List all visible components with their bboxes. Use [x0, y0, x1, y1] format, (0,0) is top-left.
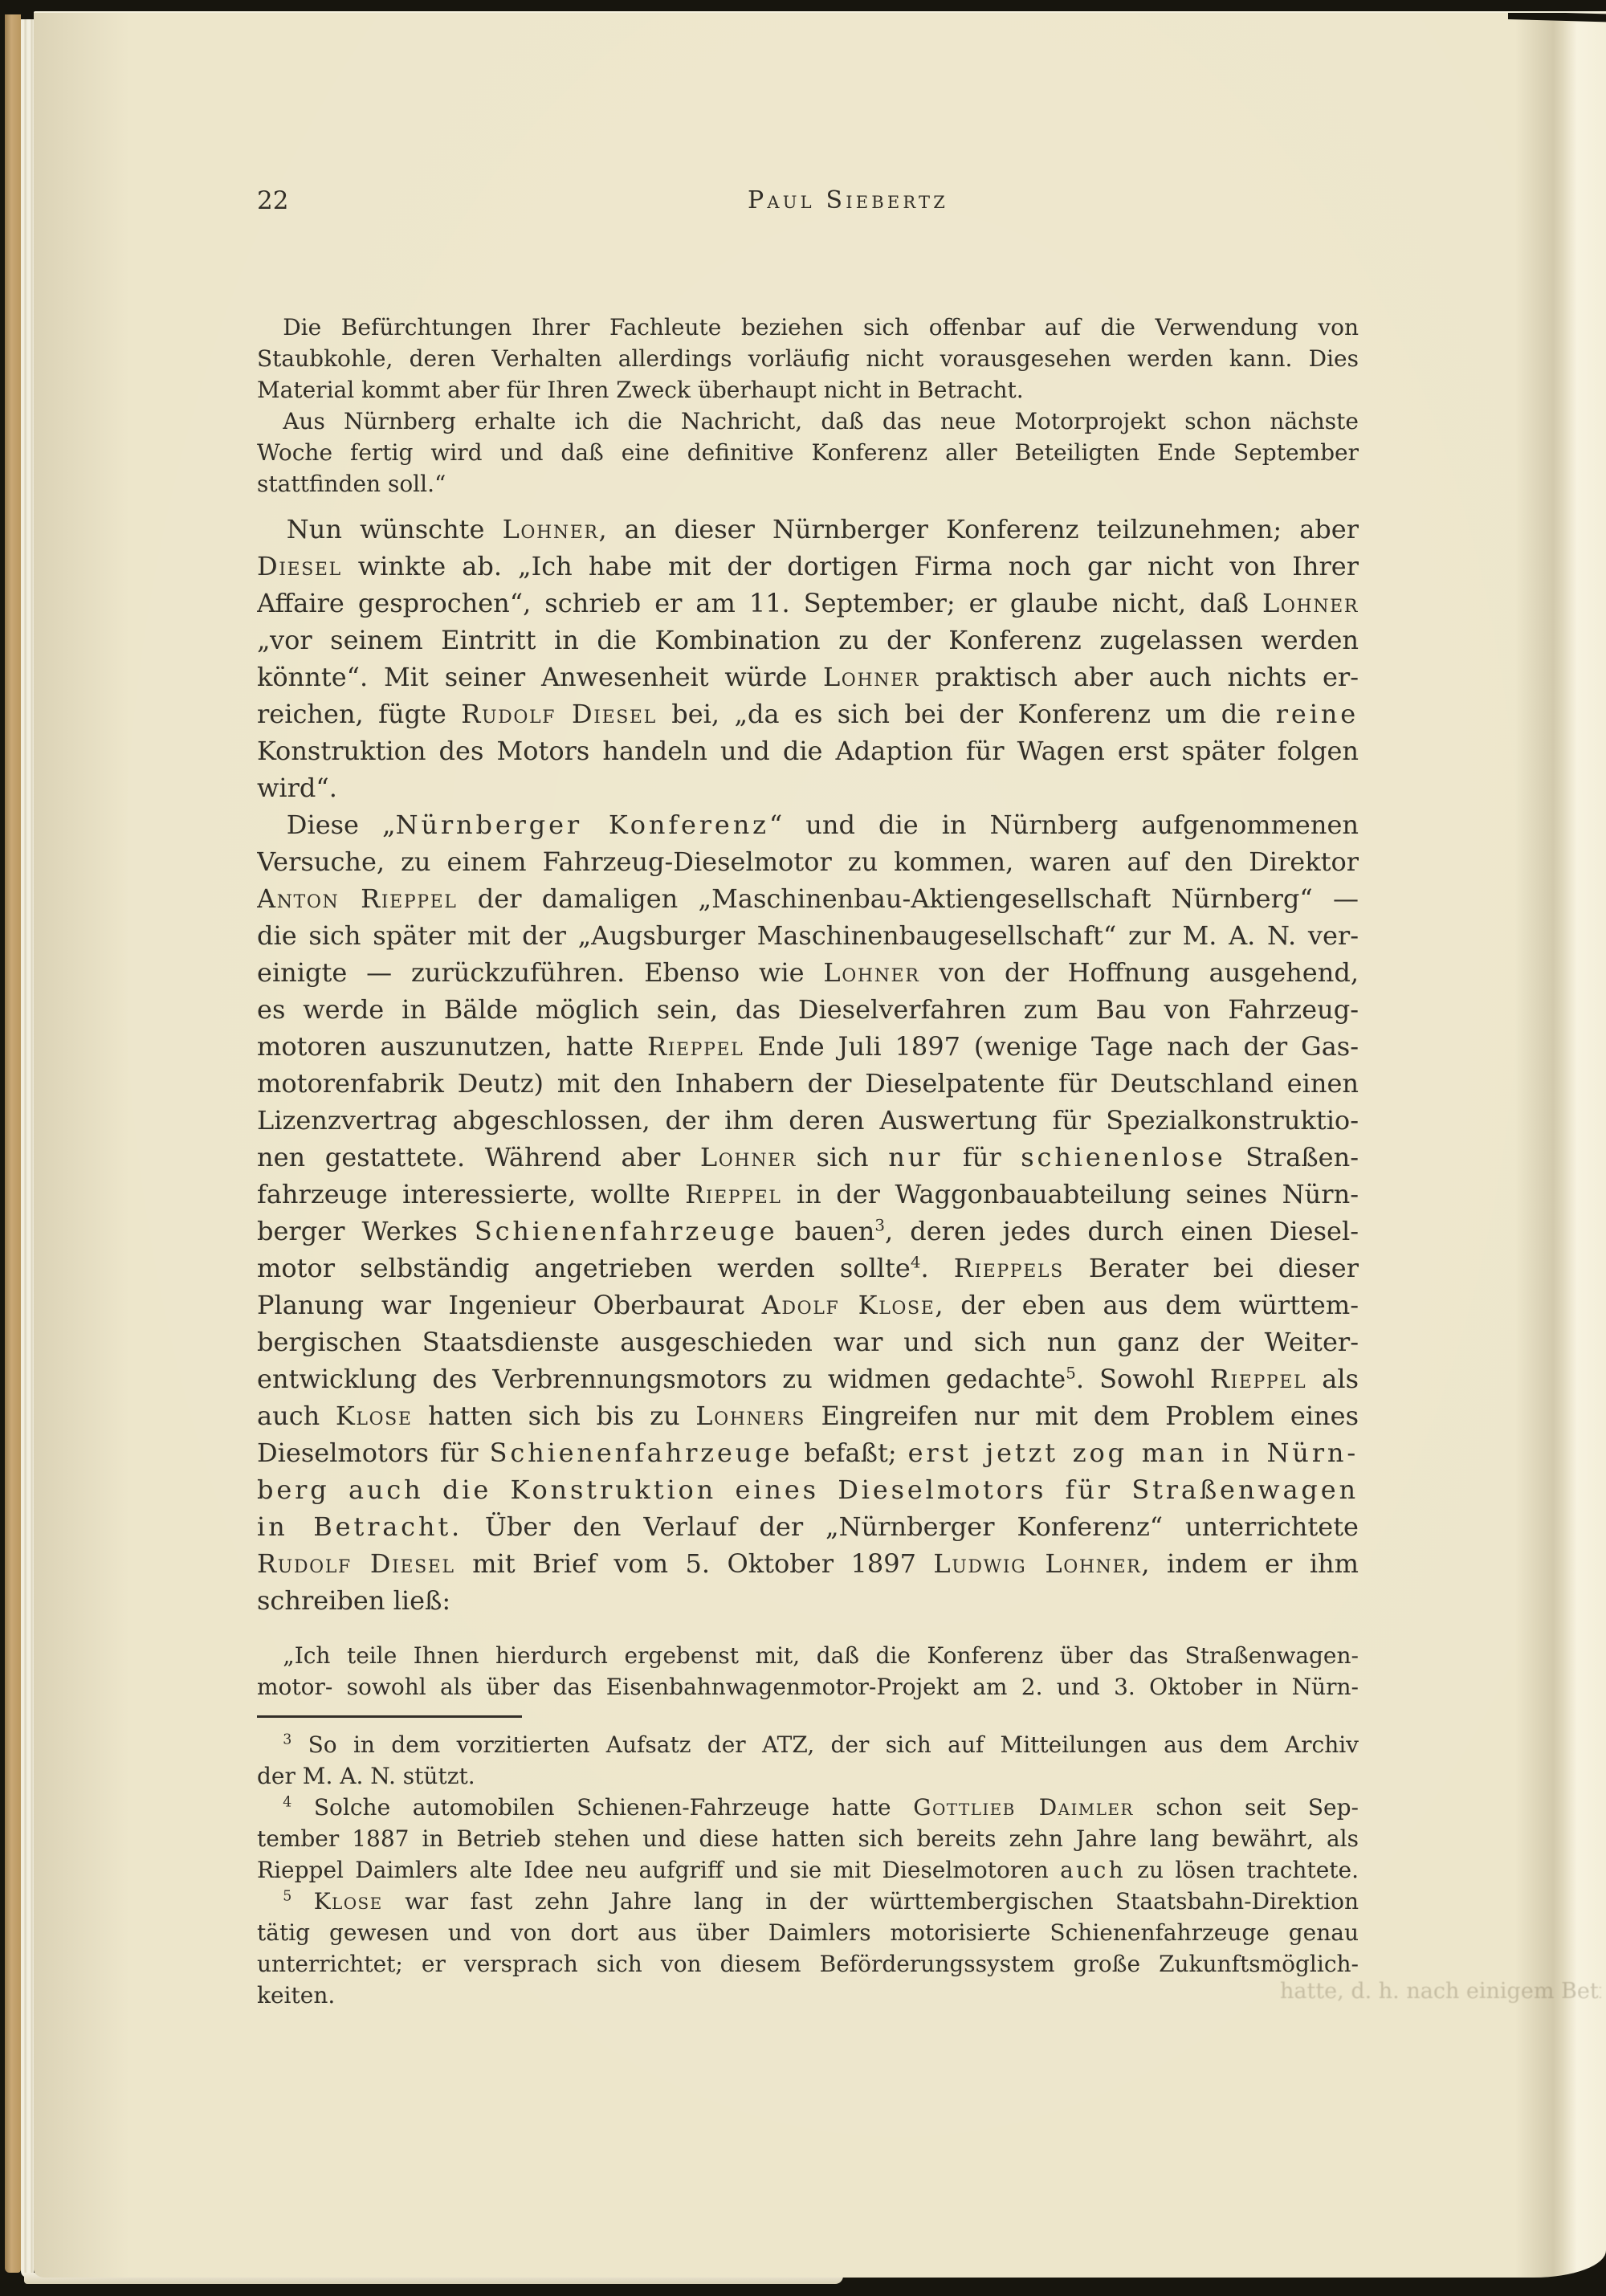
text-line: Aus Nürnberg erhalte ich die Nachricht, … [257, 406, 1359, 437]
text-line: Planung war Ingenieur Oberbaurat Adolf K… [257, 1287, 1359, 1323]
text-line: es werde in Bälde möglich sein, das Dies… [257, 991, 1359, 1028]
text-line: schreiben ließ: [257, 1582, 1359, 1619]
text-line: Staubkohle, deren Verhalten allerdings v… [257, 343, 1359, 374]
text-line: Anton Rieppel der damaligen „Maschinenba… [257, 880, 1359, 917]
text-line: fahrzeuge interessierte, wollte Rieppel … [257, 1176, 1359, 1213]
text-line: keiten. [257, 1980, 1359, 2011]
text-line: 5 Klose war fast zehn Jahre lang in der … [257, 1886, 1359, 1917]
text-line: Material kommt aber für Ihren Zweck über… [257, 374, 1359, 406]
text-line: tätig gewesen und von dort aus über Daim… [257, 1917, 1359, 1948]
text-line: Diesel winkte ab. „Ich habe mit der dort… [257, 548, 1359, 585]
text-line: einigte — zurückzuführen. Ebenso wie Loh… [257, 954, 1359, 991]
book-page: 22 Paul Siebertz Die Befürchtungen Ihrer… [34, 11, 1606, 2278]
text-line: nen gestattete. Während aber Lohner sich… [257, 1139, 1359, 1176]
book-cover-edge [5, 14, 21, 2273]
text-line: Rudolf Diesel mit Brief vom 5. Oktober 1… [257, 1545, 1359, 1582]
text-line: 4 Solche automobilen Schienen-Fahrzeuge … [257, 1792, 1359, 1823]
paragraph-lohner-diesel: Nun wünschte Lohner, an dieser Nürnberge… [257, 511, 1359, 806]
text-line: tember 1887 in Betrieb stehen und diese … [257, 1823, 1359, 1854]
page-stack-left-edge [21, 19, 34, 2278]
running-head: Paul Siebertz [297, 186, 1399, 214]
block-quote-continued: Die Befürchtungen Ihrer Fachleute bezieh… [257, 312, 1359, 500]
text-line: berger Werkes Schienenfahrzeuge bauen3, … [257, 1213, 1359, 1250]
text-line: reichen, fügte Rudolf Diesel bei, „da es… [257, 695, 1359, 732]
text-line: Lizenzvertrag abgeschlossen, der ihm der… [257, 1102, 1359, 1139]
text-line: „vor seinem Eintritt in die Kombination … [257, 622, 1359, 659]
paragraph-nuernberger-konferenz: Diese „Nürnberger Konferenz“ und die in … [257, 806, 1359, 1619]
footnote-separator [257, 1715, 522, 1718]
text-line: motoren auszunutzen, hatte Rieppel Ende … [257, 1028, 1359, 1065]
text-line: entwicklung des Verbrennungsmotors zu wi… [257, 1360, 1359, 1397]
text-line: könnte“. Mit seiner Anwesenheit würde Lo… [257, 659, 1359, 695]
text-line: Versuche, zu einem Fahrzeug-Dieselmotor … [257, 843, 1359, 880]
gutter-shadow [34, 13, 130, 2278]
footnotes: 3 So in dem vorzitierten Aufsatz der ATZ… [257, 1729, 1359, 2011]
text-line: 3 So in dem vorzitierten Aufsatz der ATZ… [257, 1729, 1359, 1760]
text-line: auch Klose hatten sich bis zu Lohners Ei… [257, 1397, 1359, 1434]
text-line: „Ich teile Ihnen hierdurch ergebenst mit… [257, 1640, 1359, 1671]
text-line: Woche fertig wird und daß eine definitiv… [257, 437, 1359, 468]
text-line: Dieselmotors für Schienenfahrzeuge befaß… [257, 1434, 1359, 1471]
text-line: motorenfabrik Deutz) mit den Inhabern de… [257, 1065, 1359, 1102]
text-line: Nun wünschte Lohner, an dieser Nürnberge… [257, 511, 1359, 548]
text-line: motor selbständig angetrieben werden sol… [257, 1250, 1359, 1287]
text-line: der M. A. N. stützt. [257, 1760, 1359, 1792]
text-line: stattfinden soll.“ [257, 468, 1359, 500]
text-line: die sich später mit der „Augsburger Masc… [257, 917, 1359, 954]
text-line: Affaire gesprochen“, schrieb er am 11. S… [257, 585, 1359, 622]
text-line: motor- sowohl als über das Eisenbahnwage… [257, 1671, 1359, 1703]
block-quote-letter: „Ich teile Ihnen hierdurch ergebenst mit… [257, 1640, 1359, 1703]
text-line: Rieppel Daimlers alte Idee neu aufgriff … [257, 1854, 1359, 1886]
page-header: 22 Paul Siebertz [257, 186, 1359, 222]
text-line: Konstruktion des Motors handeln und die … [257, 732, 1359, 769]
text-line: in Betracht. Über den Verlauf der „Nürnb… [257, 1508, 1359, 1545]
text-line: Die Befürchtungen Ihrer Fachleute bezieh… [257, 312, 1359, 343]
text-line: Diese „Nürnberger Konferenz“ und die in … [257, 806, 1359, 843]
page-edge-crease [1515, 13, 1606, 2278]
text-line: bergischen Staatsdienste ausgeschieden w… [257, 1323, 1359, 1360]
text-column: 22 Paul Siebertz Die Befürchtungen Ihrer… [257, 186, 1359, 2011]
text-line: berg auch die Konstruktion eines Dieselm… [257, 1471, 1359, 1508]
text-line: wird“. [257, 769, 1359, 806]
page-number: 22 [257, 186, 288, 215]
bleedthrough-text: hatte, d. h. nach einigem Betrieb. [1280, 1979, 1601, 2004]
text-line: unterrichtet; er versprach sich von dies… [257, 1948, 1359, 1980]
